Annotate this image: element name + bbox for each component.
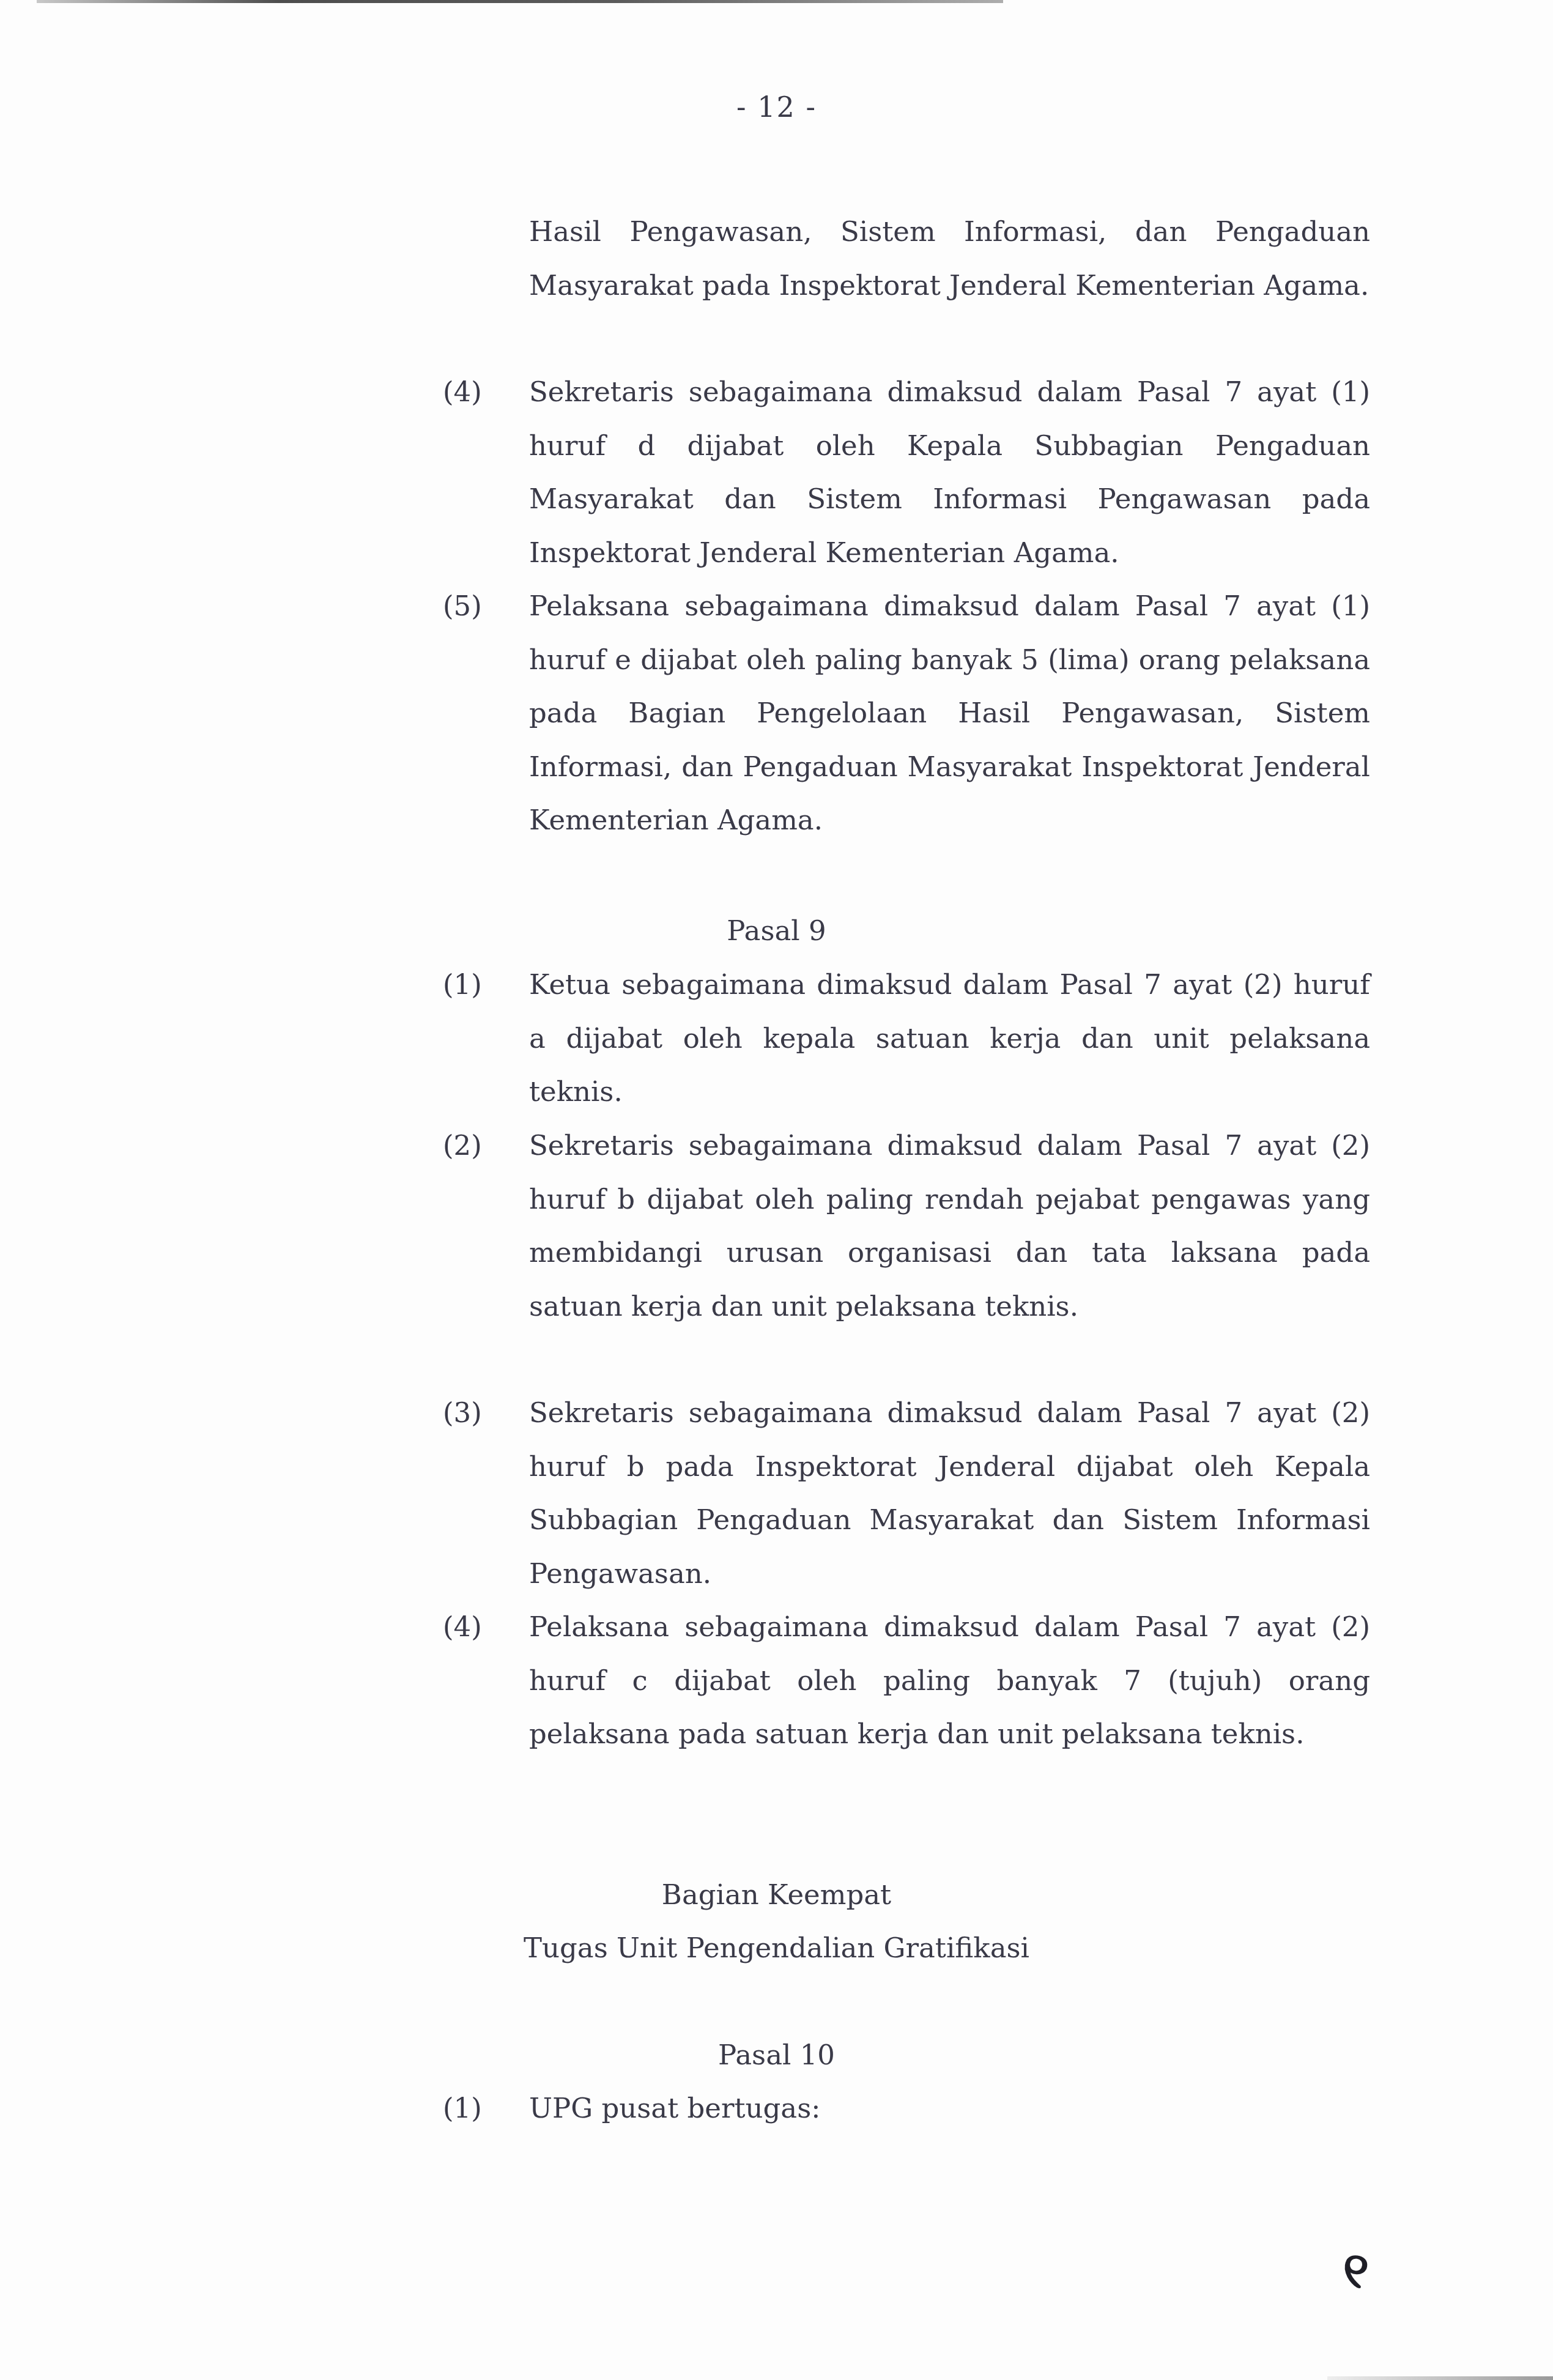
ayat-text: Sekretaris sebagaimana dimaksud dalam Pa… — [529, 365, 1370, 579]
ayat-text: Pelaksana sebagaimana dimaksud dalam Pas… — [529, 579, 1370, 847]
bagian-title: Bagian Keempat — [0, 1868, 1553, 1922]
ayat-9-4: (4) Pelaksana sebagaimana dimaksud dalam… — [453, 1600, 1370, 1761]
scan-edge-top — [37, 0, 1003, 3]
continuation-text: Hasil Pengawasan, Sistem Informasi, dan … — [529, 205, 1370, 312]
ayat-text: UPG pusat bertugas: — [529, 2082, 1370, 2135]
pasal-10-title: Pasal 10 — [0, 2028, 1553, 2082]
ayat-9-1: (1) Ketua sebagaimana dimaksud dalam Pas… — [453, 958, 1370, 1119]
bagian-subtitle: Tugas Unit Pengendalian Gratifikasi — [0, 1921, 1553, 1975]
ayat-number: (4) — [443, 1600, 486, 1654]
handwritten-initials: ୧ — [1339, 2241, 1372, 2301]
ayat-number: (4) — [443, 365, 486, 419]
ayat-text: Pelaksana sebagaimana dimaksud dalam Pas… — [529, 1600, 1370, 1761]
ayat-text: Ketua sebagaimana dimaksud dalam Pasal 7… — [529, 958, 1370, 1119]
page-number: - 12 - — [0, 91, 1553, 124]
ayat-9-3: (3) Sekretaris sebagaimana dimaksud dala… — [453, 1386, 1370, 1600]
ayat-number: (2) — [443, 1119, 486, 1173]
ayat-number: (1) — [443, 2082, 486, 2135]
pasal-9-title: Pasal 9 — [0, 904, 1553, 958]
continuation-paragraph: Hasil Pengawasan, Sistem Informasi, dan … — [453, 205, 1370, 312]
ayat-text: Sekretaris sebagaimana dimaksud dalam Pa… — [529, 1119, 1370, 1333]
ayat-number: (1) — [443, 958, 486, 1012]
ayat-number: (5) — [443, 579, 486, 633]
scan-edge-bottom — [1327, 2376, 1553, 2380]
ayat-9-2: (2) Sekretaris sebagaimana dimaksud dala… — [453, 1119, 1370, 1333]
ayat-number: (3) — [443, 1386, 486, 1440]
ayat-10-1: (1) UPG pusat bertugas: — [453, 2082, 1370, 2135]
ayat-8-5: (5) Pelaksana sebagaimana dimaksud dalam… — [453, 579, 1370, 847]
ayat-text: Sekretaris sebagaimana dimaksud dalam Pa… — [529, 1386, 1370, 1600]
ayat-8-4: (4) Sekretaris sebagaimana dimaksud dala… — [453, 365, 1370, 579]
